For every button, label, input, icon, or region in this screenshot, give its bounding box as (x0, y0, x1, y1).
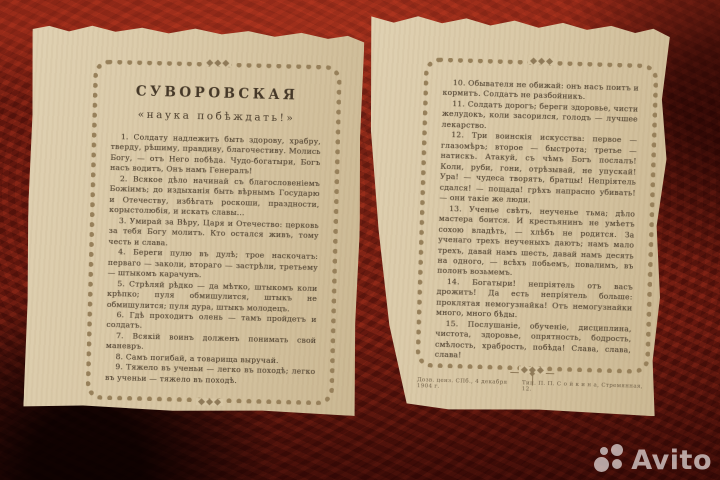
border-bottom-ornament (196, 398, 223, 406)
rule-item-14: 14. Богатыри! непріятель отъ васъ дрожит… (436, 277, 633, 325)
right-ornamental-border: 10. Обывателя не обижай: онъ насъ поитъ … (415, 57, 658, 374)
avito-logo-icon (594, 444, 626, 476)
rule-item-15: 15. Послушаніе, обученіе, дисциплина, чи… (435, 318, 632, 366)
rule-item-3: 3. Умирай за Вѣру, Царя и Отечество: цер… (108, 216, 319, 253)
avito-watermark: Avito (594, 444, 712, 476)
photo-scene: СУВОРОВСКАЯ «наука побѣждать!» 1. Солдат… (0, 0, 720, 480)
printer-line: Тип. П. П. С о й к и н а, Стремянная, 12… (522, 380, 643, 396)
colophon-row: Дозв. ценз. СПб., 4 декабря 1904 г. Тип.… (417, 377, 643, 396)
censor-line: Дозв. ценз. СПб., 4 декабря 1904 г. (417, 377, 522, 392)
left-page: СУВОРОВСКАЯ «наука побѣждать!» 1. Солдат… (23, 22, 364, 416)
rule-item-13: 13. Ученье свѣтъ, неученье тьма; дѣло ма… (437, 203, 635, 282)
left-ornamental-border: СУВОРОВСКАЯ «наука побѣждать!» 1. Солдат… (86, 60, 342, 406)
page-title: СУВОРОВСКАЯ (98, 83, 336, 105)
rule-item-2: 2. Всякое дѣло начинай съ благословеніем… (109, 174, 320, 221)
border-top-ornament (528, 57, 555, 65)
left-page-text: 1. Солдату надлежитъ быть здорову, храбр… (91, 120, 335, 389)
right-page: 10. Обывателя не обижай: онъ насъ поитъ … (358, 12, 672, 417)
right-page-text: 10. Обывателя не обижай: онъ насъ поитъ … (420, 62, 653, 378)
rule-item-5: 5. Стрѣляй рѣдко — да мѣтко, штыкомъ кол… (107, 278, 318, 315)
rule-item-1: 1. Солдату надлежитъ быть здорову, храбр… (110, 132, 321, 179)
rule-item-9: 9. Тяжело въ ученьи — легко въ походѣ; л… (105, 362, 315, 388)
border-top-ornament (204, 59, 231, 67)
rule-item-12: 12. Три воинскія искусства: первое — гла… (439, 130, 637, 209)
rule-item-4: 4. Береги пулю въ дулѣ; трое наскочатъ: … (108, 247, 319, 284)
watermark-label: Avito (631, 445, 712, 476)
